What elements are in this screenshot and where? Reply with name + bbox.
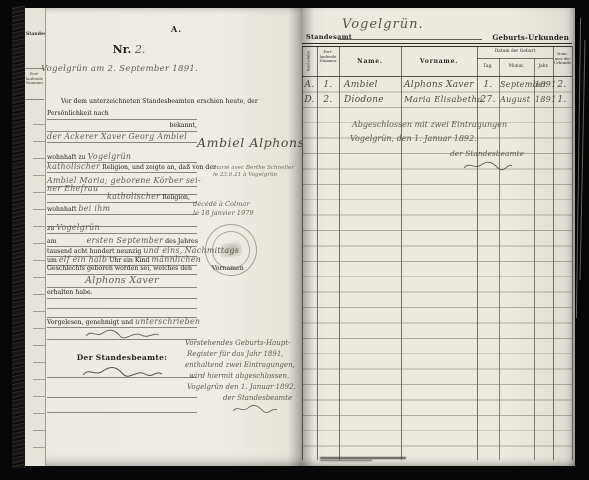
officer-signature-mark bbox=[79, 366, 165, 378]
closing-note-line: enthaltend zwei Eintragungen, bbox=[185, 360, 295, 371]
date-group-underline bbox=[477, 58, 553, 59]
handwritten-declarant: der Ackerer Xaver Georg Ambiel bbox=[47, 132, 187, 141]
page-letter: A. bbox=[171, 24, 182, 34]
marriage-note-line: le 23.6.21 à Vogelgrün bbox=[213, 172, 294, 179]
printed-text: bekannt, bbox=[170, 122, 197, 129]
printer-imprint bbox=[320, 457, 406, 462]
printed-text: am bbox=[47, 238, 57, 245]
handwritten-place: Vogelgrün bbox=[88, 152, 132, 161]
margin-death-note: décédé à Colmar le 18 janvier 1979 bbox=[193, 200, 254, 218]
form-line-vorgelesen: Vorgelesen, genehmigt und unterschrieben bbox=[47, 316, 197, 328]
closing-note-line: Vogelgrün den 1. Januar 1892. bbox=[187, 382, 296, 393]
cell-vorname: Maria Elisabetha bbox=[404, 95, 483, 105]
cell-name: Diodone bbox=[344, 95, 384, 105]
cell-day: 27. bbox=[478, 95, 498, 105]
col-header-day: Tag. bbox=[477, 64, 499, 69]
grid-vline bbox=[572, 46, 573, 460]
printed-text: wohnhaft bbox=[47, 206, 76, 213]
printed-text: zu bbox=[47, 225, 54, 232]
handwritten-place: Vogelgrün bbox=[56, 223, 100, 232]
printed-text: des Jahres bbox=[165, 238, 198, 245]
form-line-intro: Vor dem unterzeichneten Standesbeamten e… bbox=[47, 96, 211, 107]
handwritten-religion: katholischer bbox=[47, 162, 100, 171]
edge-colheader-line: Nummer bbox=[25, 81, 44, 86]
cell-day: 1. bbox=[478, 80, 498, 90]
form-line-declarant-signature bbox=[47, 328, 197, 340]
page-stack-edge bbox=[575, 0, 589, 480]
cell-month: August bbox=[500, 95, 530, 104]
record-number: Nr. 2. bbox=[87, 43, 171, 56]
cell-number: 2. bbox=[318, 95, 338, 105]
printed-officer-label: Der Standesbeamte: bbox=[77, 353, 168, 362]
closing-note-line: Vorstehendes Geburts-Haupt- bbox=[185, 338, 290, 349]
record-number-value: 2. bbox=[135, 43, 146, 56]
form-line-declarant: der Ackerer Xaver Georg Ambiel bbox=[47, 131, 197, 143]
handwritten-unterschrieben: unterschrieben bbox=[135, 317, 200, 326]
book-gutter-shadow bbox=[288, 8, 314, 466]
printed-text: Vorgelesen, genehmigt und bbox=[47, 319, 133, 326]
form-line-place-of-birth: zu Vogelgrün bbox=[47, 222, 197, 234]
form-line-religion-1: katholischer Religion, und zeigte an, da… bbox=[47, 161, 197, 173]
header-double-rule bbox=[302, 46, 572, 47]
cell-vorname: Alphons Xaver bbox=[404, 80, 474, 90]
edge-standesamt-label: Standesamt bbox=[26, 32, 46, 37]
cell-number: 1. bbox=[318, 80, 338, 90]
handwritten-religion: katholischer bbox=[107, 192, 160, 201]
death-note-line: décédé à Colmar bbox=[193, 200, 254, 209]
col-header-number: Fort- laufende Nummer bbox=[317, 50, 339, 64]
closing-note-line: wird hiermit abgeschlossen. bbox=[189, 371, 289, 382]
printed-text: erhalten habe. bbox=[47, 289, 93, 296]
book-binding-edge bbox=[12, 6, 25, 468]
form-line-officer-signature bbox=[47, 366, 197, 378]
register-title: Geburts-Urkunden bbox=[492, 33, 569, 42]
office-name-underline bbox=[338, 39, 482, 40]
form-line-persoenlichkeit: Persönlichkeit nach bbox=[47, 108, 197, 120]
printed-text: Religion, bbox=[162, 194, 190, 201]
printed-text: wohnhaft zu bbox=[47, 154, 86, 161]
col-header-vorname: Vorname. bbox=[401, 58, 477, 65]
right-page-name-index: Standesamt Vogelgrün. Geburts-Urkunden B… bbox=[302, 8, 575, 466]
printed-text: Vor dem unterzeichneten Standesbeamten e… bbox=[61, 98, 258, 105]
form-blank-rule bbox=[47, 386, 197, 398]
page-edge-line bbox=[579, 40, 585, 280]
col-header-name: Name. bbox=[339, 58, 401, 65]
closing-note-line: Register für das Jahr 1891, bbox=[187, 349, 284, 360]
col-header-month: Monat. bbox=[499, 64, 534, 69]
form-line-residence-with: wohnhaft bei ihm bbox=[47, 203, 197, 215]
closing-note-line: der Standesbeamte bbox=[223, 393, 292, 404]
col-header-deed-number: Num- mer der Urkunde bbox=[553, 52, 572, 66]
index-closing-line: Vogelgrün, den 1. Januar 1892. bbox=[350, 134, 477, 143]
left-page-birth-record: Standesamt Fort- laufende Nummer A. Nr. … bbox=[25, 8, 302, 466]
col-header-deed-line: Urkunde bbox=[553, 61, 572, 66]
form-blank-rule bbox=[47, 401, 197, 413]
handwritten-birth-date: ersten September bbox=[87, 236, 164, 245]
edge-ruled-lines bbox=[33, 108, 45, 458]
official-round-stamp bbox=[202, 221, 261, 280]
cell-name: Ambiel bbox=[344, 80, 378, 90]
handwritten-bei-ihm: bei ihm bbox=[78, 204, 110, 213]
printed-text: Persönlichkeit nach bbox=[47, 110, 109, 117]
handwritten-office-name: Vogelgrün. bbox=[342, 17, 424, 32]
printed-text: Geschlechts geboren worden sei, welches … bbox=[47, 265, 192, 272]
col-header-birthdate-group: Datum der Geburt bbox=[477, 49, 553, 54]
handwritten-child-name: Alphons Xaver bbox=[85, 275, 159, 286]
printed-text: Religion, und zeigte an, daß von der bbox=[102, 164, 216, 171]
col-header-number-line: Nummer bbox=[317, 59, 339, 64]
form-line-religion-2: katholischer Religion, bbox=[47, 191, 197, 203]
record-number-label: Nr. bbox=[113, 43, 132, 56]
record-dateline: Vogelgrün am 2. September 1891. bbox=[41, 64, 198, 74]
declarant-signature-mark bbox=[83, 328, 161, 339]
death-note-line: le 18 janvier 1979 bbox=[193, 209, 254, 218]
margin-marriage-note: marié avec Berthe Schneller le 23.6.21 à… bbox=[213, 165, 294, 179]
col-header-year: Jahr. bbox=[534, 64, 553, 69]
index-closing-line: Abgeschlossen mit zwei Eintragungen bbox=[352, 120, 507, 129]
scanned-civil-register-spread: Standesamt Fort- laufende Nummer A. Nr. … bbox=[0, 0, 589, 480]
index-closing-signature-mark bbox=[462, 160, 514, 171]
marriage-note-line: marié avec Berthe Schneller bbox=[213, 165, 294, 172]
previous-page-edge: Standesamt Fort- laufende Nummer bbox=[25, 8, 46, 466]
cell-deed: 2. bbox=[554, 80, 570, 90]
index-closing-line: der Standesbeamte bbox=[450, 149, 524, 158]
form-line-child-name: Alphons Xaver bbox=[47, 274, 197, 288]
header-double-rule bbox=[302, 43, 572, 44]
cell-deed: 1. bbox=[554, 95, 570, 105]
closing-signature-mark bbox=[231, 404, 279, 414]
form-line-officer-label: Der Standesbeamte: bbox=[47, 352, 197, 363]
